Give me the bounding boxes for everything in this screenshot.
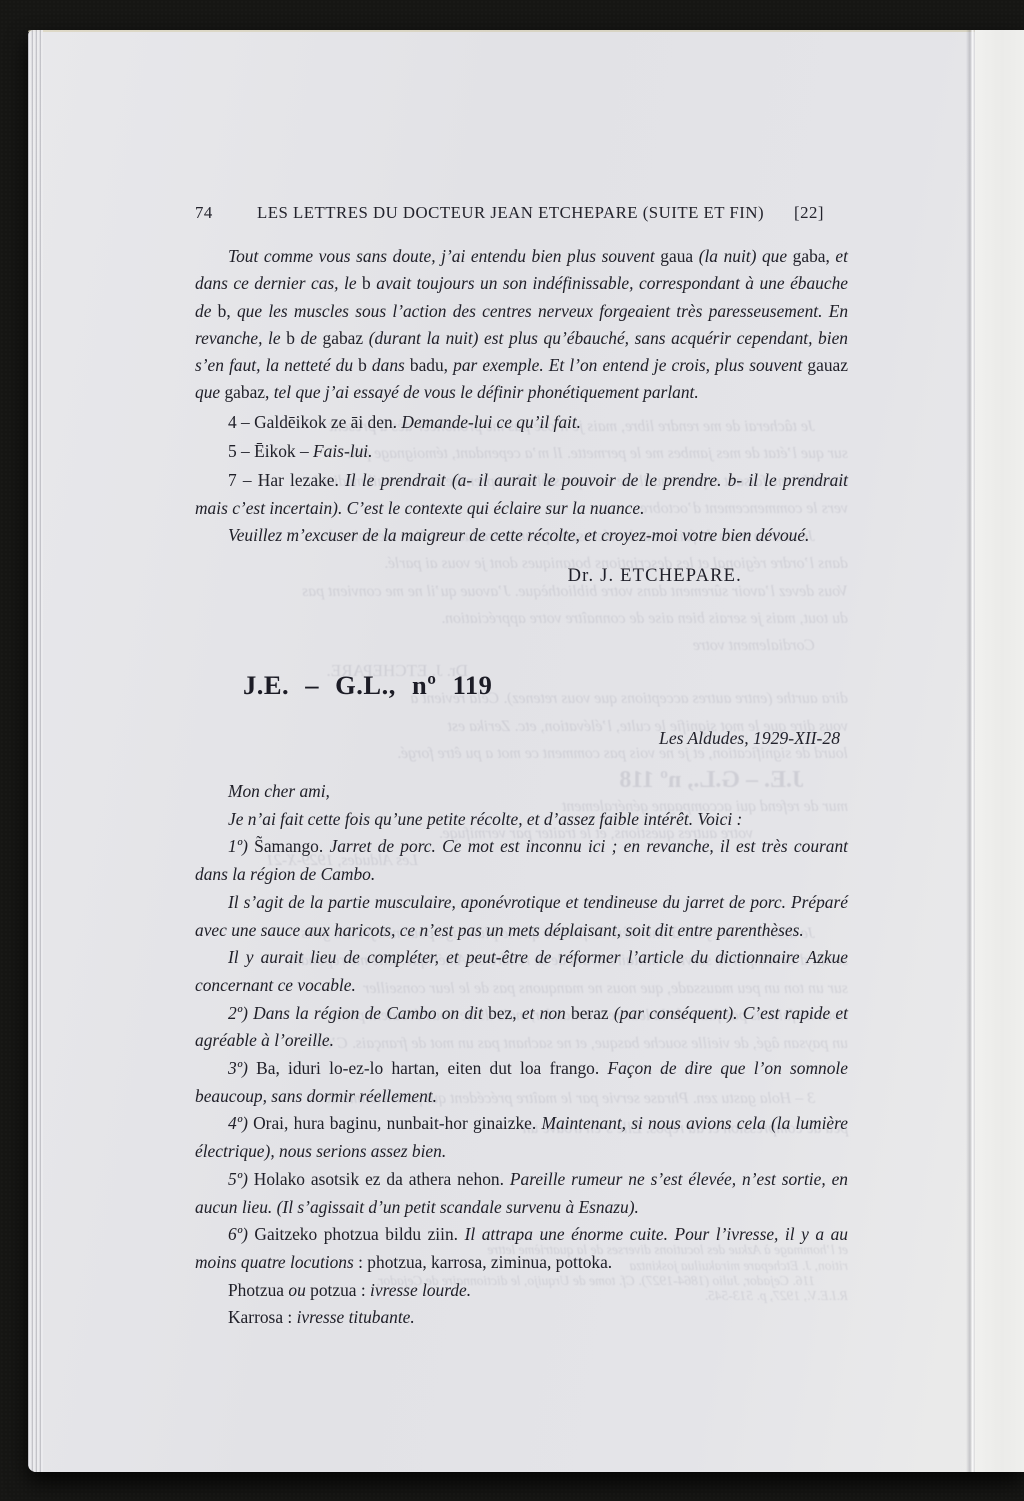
page-number: 74: [195, 203, 213, 223]
next-page-edge: [975, 30, 1024, 1472]
text-run: 5º): [228, 1169, 254, 1189]
text-run: potzua :: [310, 1280, 370, 1300]
text-run: Mon cher ami,: [228, 781, 330, 801]
text-run: Je n’ai fait cette fois qu’une petite ré…: [228, 809, 742, 829]
text-run: ou: [288, 1280, 310, 1300]
paragraph: Photzua ou potzua : ivresse lourde.: [195, 1277, 848, 1305]
text-run: Tout comme vous sans doute, j’ai entendu…: [228, 246, 660, 266]
paragraph: Veuillez m’excuser de la maigreur de cet…: [195, 522, 848, 549]
book-page: Je tâcherai de me rendre libre, mais je …: [28, 30, 1024, 1472]
text-run: de: [301, 328, 323, 348]
text-run: tel que j’ai essayé de vous le définir p…: [274, 382, 699, 402]
text-run: 4º): [228, 1113, 253, 1133]
text-run: Il s’agit de la partie musculaire, aponé…: [195, 892, 848, 940]
text-run: : photzua, karrosa, ziminua, pottoka.: [358, 1252, 612, 1272]
text-run: Karrosa :: [228, 1307, 297, 1327]
text-run: badu,: [410, 355, 453, 375]
paragraph: 5 – Ēikok – Fais-lui.: [195, 438, 848, 465]
letter-signature: Dr. J. ETCHEPARE.: [195, 566, 848, 587]
text-run: 6º): [228, 1224, 254, 1244]
text-run: Orai, hura baginu, nunbait-hor ginaizke.: [253, 1113, 541, 1133]
text-run: que: [195, 382, 224, 402]
text-run: et non: [522, 1003, 571, 1023]
text-run: beraz: [571, 1003, 614, 1023]
text-run: ivresse titubante.: [297, 1307, 415, 1327]
paragraph: Je n’ai fait cette fois qu’une petite ré…: [195, 806, 848, 834]
text-run: 4 – Galdēikok ze āi den.: [228, 412, 401, 432]
text-run: ivresse lourde.: [370, 1280, 471, 1300]
text-run: gaua: [660, 246, 698, 266]
text-run: gabaz: [323, 328, 369, 348]
text-run: b: [362, 273, 376, 293]
text-run: Holako asotsik ez da athera nehon.: [254, 1169, 510, 1189]
text-run: Ba, iduri lo-ez-lo hartan, eiten dut loa…: [256, 1058, 607, 1078]
paragraph: Il s’agit de la partie musculaire, aponé…: [195, 889, 848, 944]
text-run: Demande-lui ce qu’il fait.: [401, 412, 581, 432]
page-fold-edge: [966, 30, 975, 1472]
paragraph: Karrosa : ivresse titubante.: [195, 1304, 848, 1332]
text-run: gauaz: [807, 355, 848, 375]
running-title: LES LETTRES DU DOCTEUR JEAN ETCHEPARE (S…: [257, 203, 764, 223]
text-run: dans: [372, 355, 410, 375]
letter-dateline: Les Aldudes, 1929-XII-28: [195, 728, 840, 749]
paragraph: Tout comme vous sans doute, j’ai entendu…: [195, 243, 848, 407]
text-run: 5 – Ēikok –: [228, 441, 313, 461]
text-run: 3º): [228, 1058, 256, 1078]
text-run: Il y aurait lieu de compléter, et peut-ê…: [195, 947, 848, 995]
text-run: par exemple. Et l’on entend je crois, pl…: [453, 355, 807, 375]
header-bracket-number: [22]: [794, 203, 824, 223]
bleedthrough-line: du tout, mais je serais bien aise de con…: [441, 610, 848, 628]
letter-119-heading: J.E. – G.L., nº 119: [243, 670, 492, 701]
text-run: Veuillez m’excuser de la maigreur de cet…: [228, 525, 809, 545]
paragraph: 4º) Orai, hura baginu, nunbait-hor ginai…: [195, 1110, 848, 1165]
text-run: bez,: [488, 1003, 522, 1023]
paragraph: 2º) Dans la région de Cambo on dit bez, …: [195, 1000, 848, 1055]
paragraph: Mon cher ami,: [195, 778, 848, 806]
running-header: 74 LES LETTRES DU DOCTEUR JEAN ETCHEPARE…: [195, 203, 848, 225]
text-run: 1º): [228, 836, 254, 856]
paragraph: Il y aurait lieu de compléter, et peut-ê…: [195, 944, 848, 999]
text-run: Gaitzeko photzua bildu ziin.: [254, 1224, 464, 1244]
text-run: S̃amango.: [254, 836, 329, 856]
text-run: Fais-lui.: [313, 441, 372, 461]
text-run: b: [286, 328, 300, 348]
paragraph: 5º) Holako asotsik ez da athera nehon. P…: [195, 1166, 848, 1221]
paragraph: 4 – Galdēikok ze āi den. Demande-lui ce …: [195, 409, 848, 436]
paragraph: 7 – Har lezake. Il le prendrait (a- il a…: [195, 467, 848, 522]
text-run: b: [358, 355, 372, 375]
letter-118-body: Tout comme vous sans doute, j’ai entendu…: [195, 243, 848, 549]
text-run: 7 – Har lezake.: [228, 470, 345, 490]
text-run: (la nuit) que: [699, 246, 793, 266]
paragraph: 1º) S̃amango. Jarret de porc. Ce mot est…: [195, 833, 848, 888]
paragraph: 6º) Gaitzeko photzua bildu ziin. Il attr…: [195, 1221, 848, 1276]
paragraph: 3º) Ba, iduri lo-ez-lo hartan, eiten dut…: [195, 1055, 848, 1110]
text-run: Photzua: [228, 1280, 288, 1300]
text-run: 2º) Dans la région de Cambo on dit: [228, 1003, 488, 1023]
text-run: gaba,: [793, 246, 836, 266]
letter-119-body: Mon cher ami,Je n’ai fait cette fois qu’…: [195, 778, 848, 1332]
text-run: gabaz,: [224, 382, 273, 402]
page-edge-stack: [28, 30, 43, 1472]
bleedthrough-line: Cordialement votre: [693, 637, 815, 655]
text-run: b,: [218, 301, 237, 321]
